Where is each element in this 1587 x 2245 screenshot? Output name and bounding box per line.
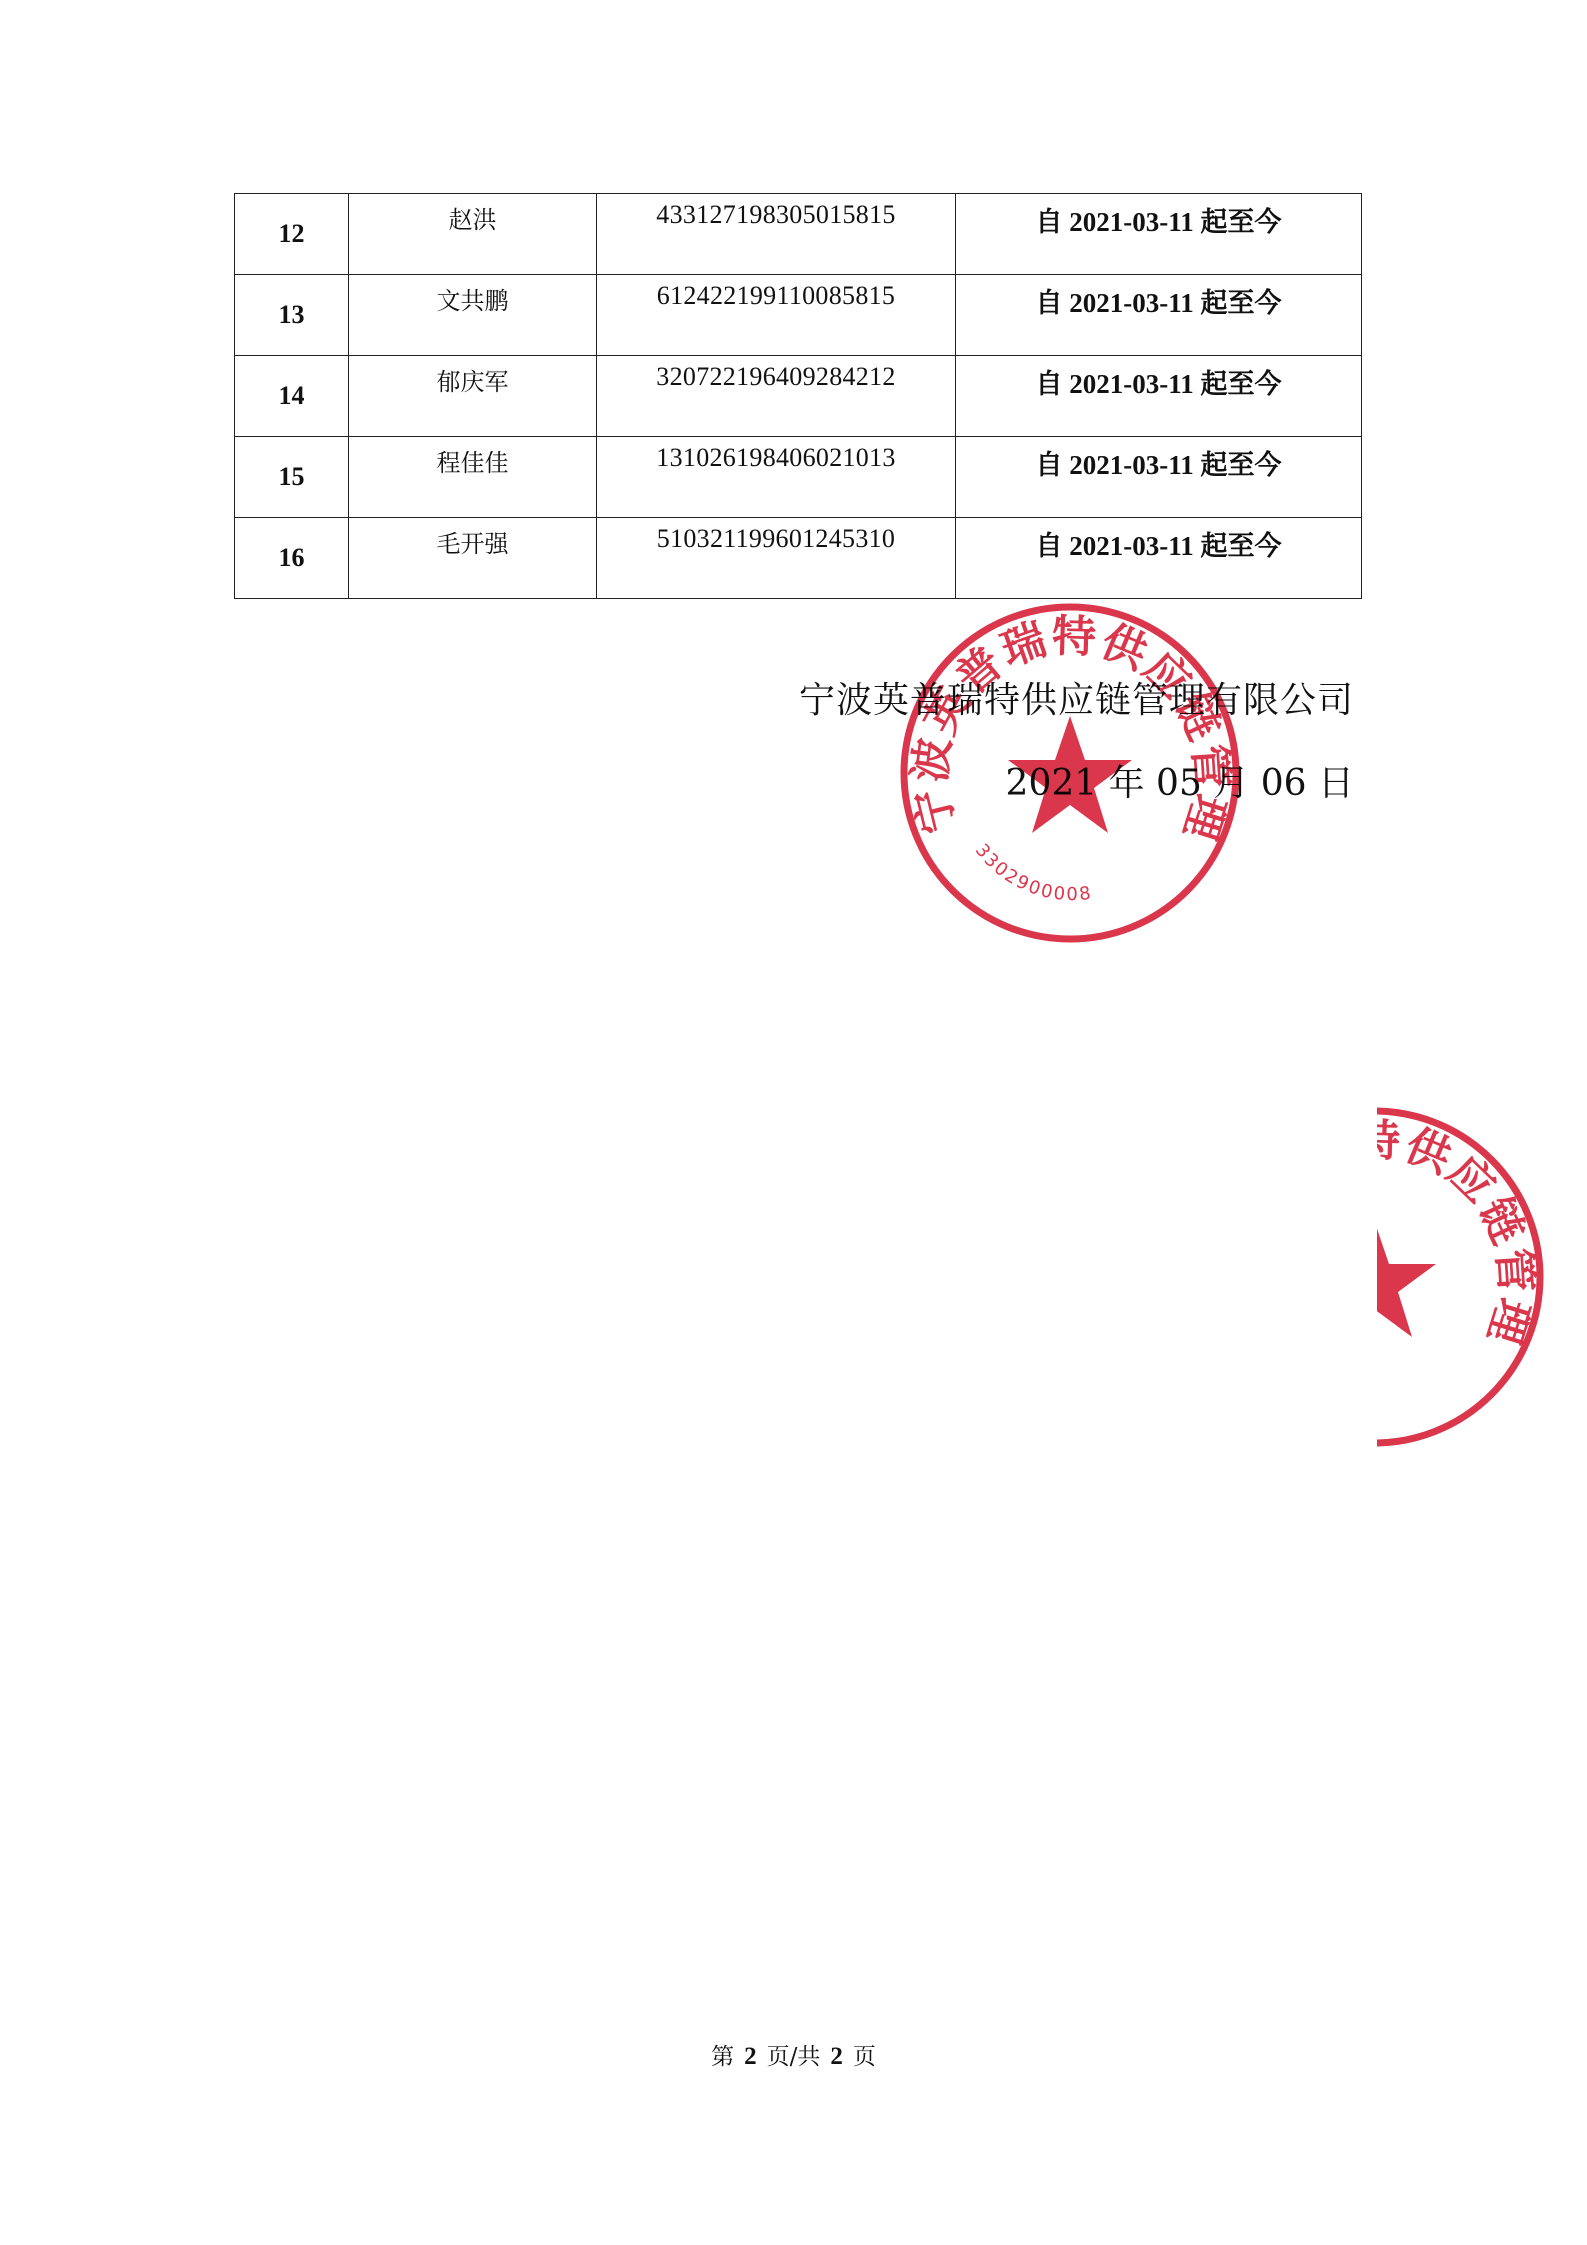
page-footer: 第2页/共2页 bbox=[0, 2038, 1587, 2071]
table-row: 13 文共鹏 612422199110085815 自 2021-03-11 起… bbox=[235, 275, 1362, 356]
svg-text:宁波英普瑞特供应链管理有限公司: 宁波英普瑞特供应链管理有限公司 bbox=[895, 598, 1237, 848]
row-index: 12 bbox=[235, 194, 349, 275]
row-id-number: 433127198305015815 bbox=[597, 194, 956, 275]
table-row: 16 毛开强 510321199601245310 自 2021-03-11 起… bbox=[235, 518, 1362, 599]
row-index: 15 bbox=[235, 437, 349, 518]
row-id-number: 131026198406021013 bbox=[597, 437, 956, 518]
seal-text: 宁波英普瑞特供应链管理有限公司 bbox=[895, 598, 1237, 848]
row-id-number: 510321199601245310 bbox=[597, 518, 956, 599]
seam-seal-icon: 宁波英普瑞特供应链管理有限公司 bbox=[1377, 1102, 1549, 1452]
table-row: 12 赵洪 433127198305015815 自 2021-03-11 起至… bbox=[235, 194, 1362, 275]
footer-total-pages: 2 bbox=[830, 2043, 843, 2070]
row-name: 文共鹏 bbox=[349, 275, 597, 356]
seam-seal-clip: 宁波英普瑞特供应链管理有限公司 bbox=[1377, 1090, 1587, 1470]
row-name: 郁庆军 bbox=[349, 356, 597, 437]
row-name: 程佳佳 bbox=[349, 437, 597, 518]
row-id-number: 320722196409284212 bbox=[597, 356, 956, 437]
row-period: 自 2021-03-11 起至今 bbox=[956, 194, 1362, 275]
table-row: 14 郁庆军 320722196409284212 自 2021-03-11 起… bbox=[235, 356, 1362, 437]
row-id-number: 612422199110085815 bbox=[597, 275, 956, 356]
row-period: 自 2021-03-11 起至今 bbox=[956, 518, 1362, 599]
company-seal-icon: 宁波英普瑞特供应链管理有限公司 3302900008708 bbox=[895, 598, 1245, 948]
footer-middle: 页/共 bbox=[767, 2044, 821, 2070]
document-page: 12 赵洪 433127198305015815 自 2021-03-11 起至… bbox=[0, 0, 1587, 2245]
personnel-table: 12 赵洪 433127198305015815 自 2021-03-11 起至… bbox=[234, 193, 1362, 599]
footer-current-page: 2 bbox=[744, 2043, 757, 2070]
footer-suffix: 页 bbox=[853, 2044, 876, 2070]
row-name: 毛开强 bbox=[349, 518, 597, 599]
row-index: 16 bbox=[235, 518, 349, 599]
row-name: 赵洪 bbox=[349, 194, 597, 275]
footer-prefix: 第 bbox=[711, 2044, 734, 2070]
row-period: 自 2021-03-11 起至今 bbox=[956, 275, 1362, 356]
row-index: 13 bbox=[235, 275, 349, 356]
row-period: 自 2021-03-11 起至今 bbox=[956, 437, 1362, 518]
row-index: 14 bbox=[235, 356, 349, 437]
row-period: 自 2021-03-11 起至今 bbox=[956, 356, 1362, 437]
table-row: 15 程佳佳 131026198406021013 自 2021-03-11 起… bbox=[235, 437, 1362, 518]
